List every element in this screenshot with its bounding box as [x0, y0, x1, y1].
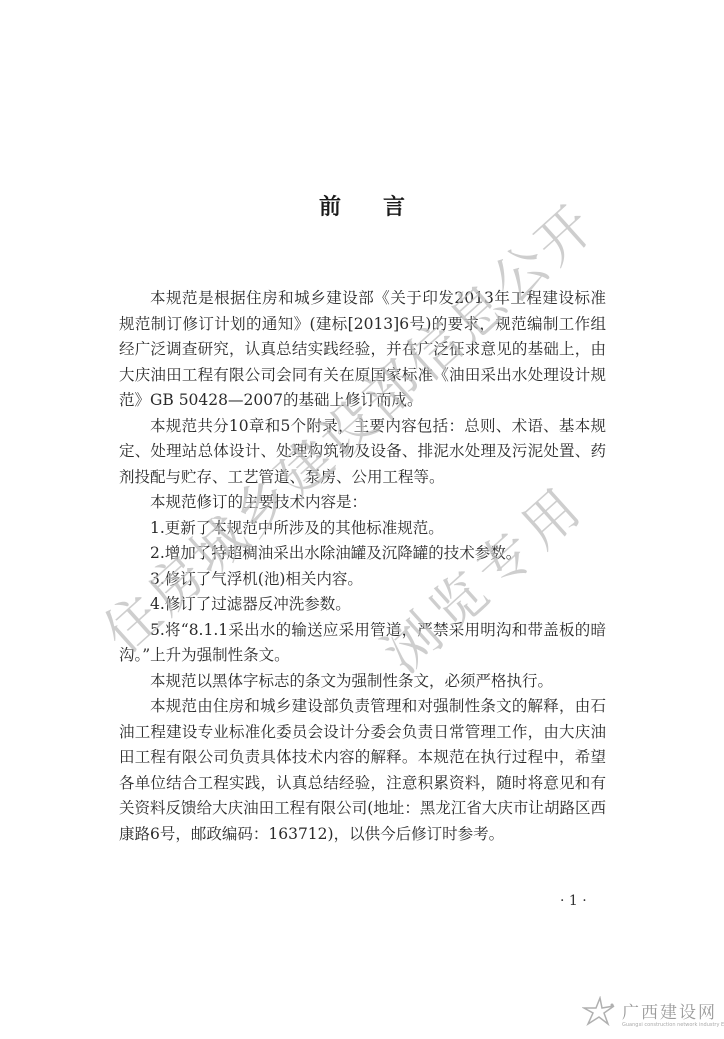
paragraph: 本规范共分10章和5个附录，主要内容包括：总则、术语、基本规定、处理站总体设计、…: [119, 414, 606, 491]
document-page: 前言 本规范是根据住房和城乡建设部《关于印发2013年工程建设标准规范制订修订计…: [0, 0, 724, 1039]
logo-name: 广西建设网: [622, 998, 717, 1023]
logo-subtitle: Guangxi construction network industry Ed…: [622, 1022, 724, 1028]
site-logo: 广西建设网 Guangxi construction network indus…: [582, 996, 722, 1032]
list-item: 1.更新了本规范中所涉及的其他标准规范。: [119, 516, 606, 542]
paragraph: 本规范修订的主要技术内容是：: [119, 490, 606, 516]
document-body: 本规范是根据住房和城乡建设部《关于印发2013年工程建设标准规范制订修订计划的通…: [119, 286, 606, 847]
list-item: 2.增加了特超稠油采出水除油罐及沉降罐的技术参数。: [119, 541, 606, 567]
page-number: · 1 ·: [560, 893, 587, 909]
paragraph: 本规范是根据住房和城乡建设部《关于印发2013年工程建设标准规范制订修订计划的通…: [119, 286, 606, 414]
list-item: 3.修订了气浮机(池)相关内容。: [119, 567, 606, 593]
paragraph: 本规范由住房和城乡建设部负责管理和对强制性条文的解释，由石油工程建设专业标准化委…: [119, 694, 606, 847]
page-title: 前言: [0, 190, 724, 221]
list-item: 5.将“8.1.1采出水的输送应采用管道，严禁采用明沟和带盖板的暗沟。”上升为强…: [119, 618, 606, 669]
paragraph: 本规范以黑体字标志的条文为强制性条文，必须严格执行。: [119, 669, 606, 695]
star-logo-icon: [582, 996, 616, 1026]
list-item: 4.修订了过滤器反冲洗参数。: [119, 592, 606, 618]
